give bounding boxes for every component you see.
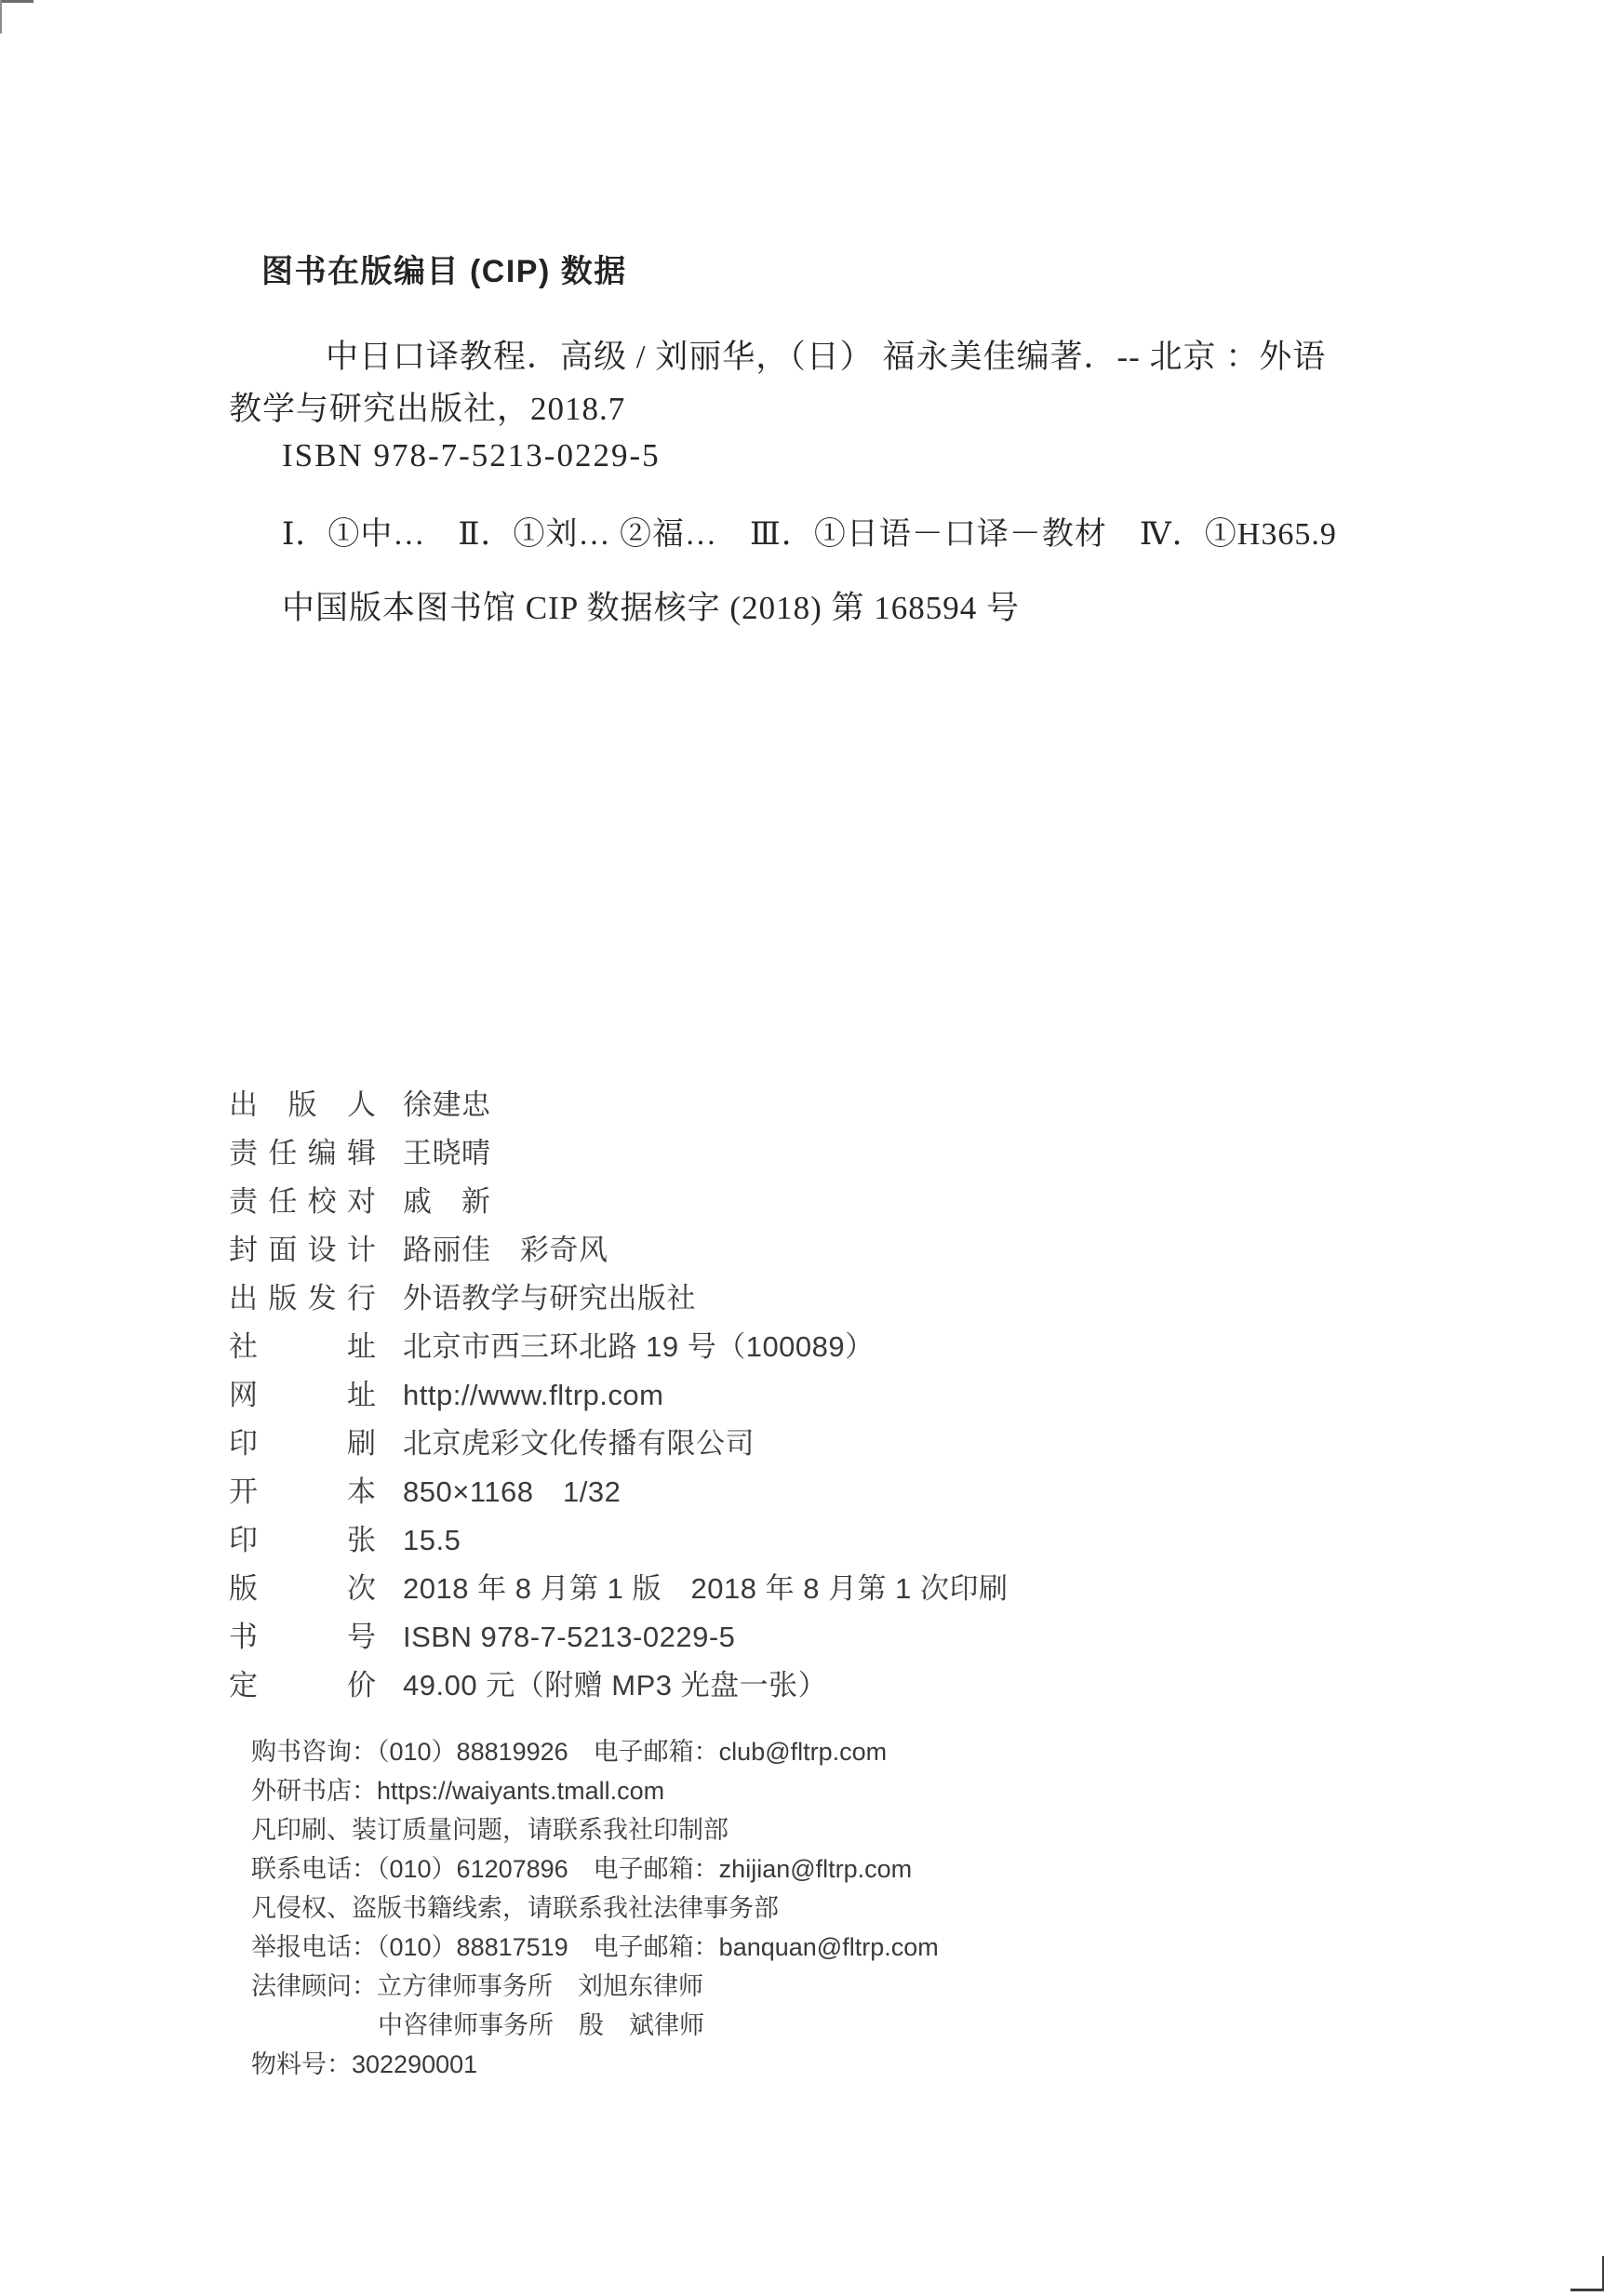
row-value: 北京虎彩文化传播有限公司 bbox=[403, 1427, 755, 1460]
cip-classification: Ⅰ．①中… Ⅱ．①刘… ②福… Ⅲ．①日语－口译－教材 Ⅳ．①H365.9 bbox=[282, 508, 1337, 554]
contact-line-bookstore: 外研书店：https://waiyants.tmall.com bbox=[251, 1771, 939, 1810]
row-label: 书号 bbox=[229, 1613, 376, 1655]
cip-entry-line2: 教学与研究出版社，2018.7 bbox=[229, 383, 1401, 435]
row-value: ISBN 978-7-5213-0229-5 bbox=[403, 1621, 735, 1653]
contact-line-report-phone: 举报电话：（010）88817519 电子邮箱：banquan@fltrp.co… bbox=[251, 1928, 939, 1967]
scan-corner-top-left-horizontal bbox=[0, 0, 33, 3]
contact-line-piracy: 凡侵权、盗版书籍线索，请联系我社法律事务部 bbox=[251, 1889, 939, 1928]
publication-row-printer: 印刷北京虎彩文化传播有限公司 bbox=[229, 1420, 1009, 1468]
publication-row-publisher-person: 出版人徐建忠 bbox=[229, 1081, 1009, 1129]
row-label: 封面设计 bbox=[229, 1226, 376, 1268]
contact-line-legal-counsel-2: 中咨律师事务所 殷 斌律师 bbox=[251, 2006, 939, 2045]
contact-line-material-number: 物料号：302290001 bbox=[251, 2045, 939, 2084]
row-label: 出版人 bbox=[229, 1081, 376, 1123]
row-label: 责任校对 bbox=[229, 1178, 376, 1220]
row-value: 2018 年 8 月第 1 版 2018 年 8 月第 1 次印刷 bbox=[403, 1572, 1009, 1605]
cip-entry: 中日口译教程．高级 / 刘丽华，（日） 福永美佳编著．-- 北京 ：外语 教学与… bbox=[229, 331, 1401, 435]
cip-record-number: 中国版本图书馆 CIP 数据核字 (2018) 第 168594 号 bbox=[282, 582, 1020, 629]
row-label: 出版发行 bbox=[229, 1275, 376, 1316]
publication-row-website: 网址http://www.fltrp.com bbox=[229, 1371, 1009, 1420]
publication-row-editor: 责任编辑王晓晴 bbox=[229, 1129, 1009, 1178]
row-value: 49.00 元（附赠 MP3 光盘一张） bbox=[403, 1669, 827, 1702]
row-value: http://www.fltrp.com bbox=[403, 1379, 663, 1411]
row-value: 徐建忠 bbox=[403, 1088, 491, 1121]
publication-row-book-number: 书号ISBN 978-7-5213-0229-5 bbox=[229, 1613, 1009, 1662]
publication-info-block: 出版人徐建忠 责任编辑王晓晴 责任校对戚 新 封面设计路丽佳 彩奇风 出版发行外… bbox=[229, 1081, 1009, 1710]
row-label: 社址 bbox=[229, 1323, 376, 1365]
row-label: 印刷 bbox=[229, 1420, 376, 1462]
row-label: 网址 bbox=[229, 1371, 376, 1413]
row-label: 开本 bbox=[229, 1468, 376, 1510]
contact-line-purchase: 购书咨询：（010）88819926 电子邮箱：club@fltrp.com bbox=[251, 1732, 939, 1771]
contact-info-block: 购书咨询：（010）88819926 电子邮箱：club@fltrp.com 外… bbox=[251, 1732, 939, 2084]
row-value: 外语教学与研究出版社 bbox=[403, 1282, 696, 1315]
row-label: 印张 bbox=[229, 1516, 376, 1558]
publication-row-publisher: 出版发行外语教学与研究出版社 bbox=[229, 1275, 1009, 1323]
publication-row-price: 定价49.00 元（附赠 MP3 光盘一张） bbox=[229, 1662, 1009, 1710]
contact-line-legal-counsel-1: 法律顾问：立方律师事务所 刘旭东律师 bbox=[251, 1967, 939, 2006]
cip-entry-line1: 中日口译教程．高级 / 刘丽华，（日） 福永美佳编著．-- 北京 ：外语 bbox=[229, 331, 1401, 383]
row-value: 王晓晴 bbox=[403, 1137, 491, 1169]
row-value: 路丽佳 彩奇风 bbox=[403, 1234, 608, 1266]
cip-title: 图书在版编目 (CIP) 数据 bbox=[261, 246, 627, 291]
scan-corner-bottom-right-horizontal bbox=[1571, 2289, 1604, 2291]
row-value: 15.5 bbox=[403, 1524, 461, 1556]
cip-isbn: ISBN 978-7-5213-0229-5 bbox=[282, 437, 661, 474]
row-value: 850×1168 1/32 bbox=[403, 1475, 621, 1508]
row-label: 定价 bbox=[229, 1662, 376, 1703]
row-value: 戚 新 bbox=[403, 1185, 491, 1218]
publication-row-proofreader: 责任校对戚 新 bbox=[229, 1178, 1009, 1226]
contact-line-contact-phone: 联系电话：（010）61207896 电子邮箱：zhijian@fltrp.co… bbox=[251, 1849, 939, 1889]
row-label: 版次 bbox=[229, 1565, 376, 1607]
row-label: 责任编辑 bbox=[229, 1129, 376, 1171]
publication-row-sheets: 印张15.5 bbox=[229, 1516, 1009, 1565]
publication-row-format: 开本850×1168 1/32 bbox=[229, 1468, 1009, 1516]
publication-row-address: 社址北京市西三环北路 19 号（100089） bbox=[229, 1323, 1009, 1371]
row-value: 北京市西三环北路 19 号（100089） bbox=[403, 1330, 875, 1363]
scan-corner-top-left-vertical bbox=[0, 0, 2, 33]
publication-row-cover-design: 封面设计路丽佳 彩奇风 bbox=[229, 1226, 1009, 1275]
colophon-page: 图书在版编目 (CIP) 数据 中日口译教程．高级 / 刘丽华，（日） 福永美佳… bbox=[0, 0, 1604, 2296]
contact-line-print-quality: 凡印刷、装订质量问题，请联系我社印制部 bbox=[251, 1810, 939, 1849]
publication-row-edition: 版次2018 年 8 月第 1 版 2018 年 8 月第 1 次印刷 bbox=[229, 1565, 1009, 1613]
